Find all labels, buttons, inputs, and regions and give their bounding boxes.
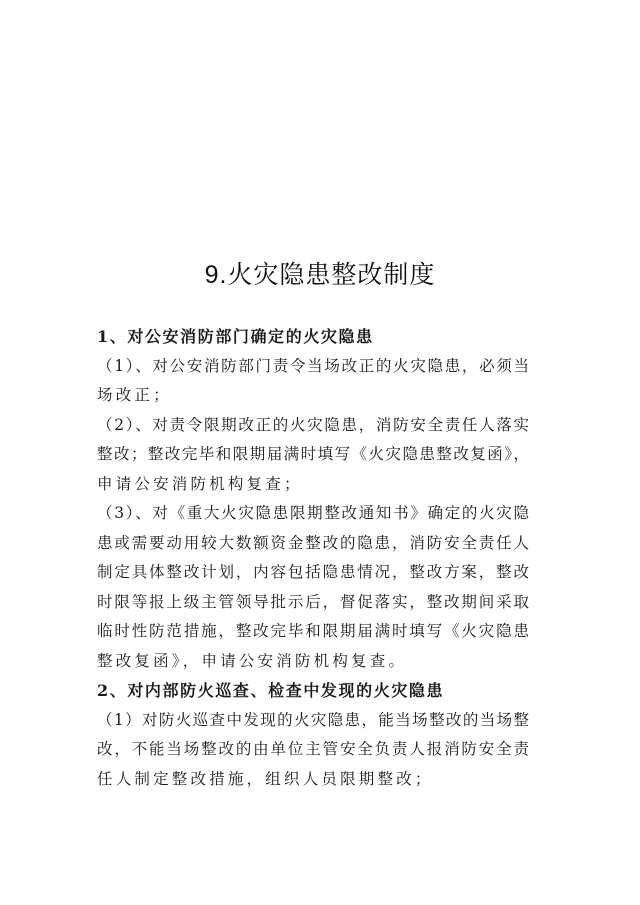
document-title: 9.火灾隐患整改制度 — [0, 255, 640, 291]
document-body: 1、对公安消防部门确定的火灾隐患 （1）、对公安消防部门责令当场改正的火灾隐患，… — [97, 322, 529, 794]
paragraph-line: 患或需要动用较大数额资金整改的隐患，消防安全责任人 — [97, 529, 529, 559]
paragraph-2-1: （1）对防火巡查中发现的火灾隐患，能当场整改的当场整 改，不能当场整改的由单位主… — [97, 706, 529, 795]
paragraph-1-1: （1）、对公安消防部门责令当场改正的火灾隐患，必须当 场改正； — [97, 352, 529, 411]
paragraph-line: 改，不能当场整改的由单位主管安全负责人报消防安全责 — [97, 735, 529, 765]
paragraph-line: 临时性防范措施，整改完毕和限期届满时填写《火灾隐患 — [97, 617, 529, 647]
paragraph-1-3: （3）、对《重大火灾隐患限期整改通知书》确定的火灾隐 患或需要动用较大数额资金整… — [97, 499, 529, 676]
paragraph-line: 整改复函》，申请公安消防机构复查。 — [97, 647, 529, 677]
paragraph-line: （1）对防火巡查中发现的火灾隐患，能当场整改的当场整 — [97, 706, 529, 736]
section-heading-2: 2、对内部防火巡查、检查中发现的火灾隐患 — [97, 676, 529, 706]
paragraph-line: 场改正； — [97, 381, 529, 411]
paragraph-line: （3）、对《重大火灾隐患限期整改通知书》确定的火灾隐 — [97, 499, 529, 529]
paragraph-line: 任人制定整改措施，组织人员限期整改； — [97, 765, 529, 795]
paragraph-line: 时限等报上级主管领导批示后，督促落实，整改期间采取 — [97, 588, 529, 618]
paragraph-line: 整改；整改完毕和限期届满时填写《火灾隐患整改复函》， — [97, 440, 529, 470]
document-page: 9.火灾隐患整改制度 1、对公安消防部门确定的火灾隐患 （1）、对公安消防部门责… — [0, 0, 640, 905]
paragraph-line: （1）、对公安消防部门责令当场改正的火灾隐患，必须当 — [97, 352, 529, 382]
paragraph-line: （2）、对责令限期改正的火灾隐患，消防安全责任人落实 — [97, 411, 529, 441]
section-heading-1: 1、对公安消防部门确定的火灾隐患 — [97, 322, 529, 352]
paragraph-line: 申请公安消防机构复查； — [97, 470, 529, 500]
paragraph-line: 制定具体整改计划，内容包括隐患情况，整改方案，整改 — [97, 558, 529, 588]
paragraph-1-2: （2）、对责令限期改正的火灾隐患，消防安全责任人落实 整改；整改完毕和限期届满时… — [97, 411, 529, 500]
